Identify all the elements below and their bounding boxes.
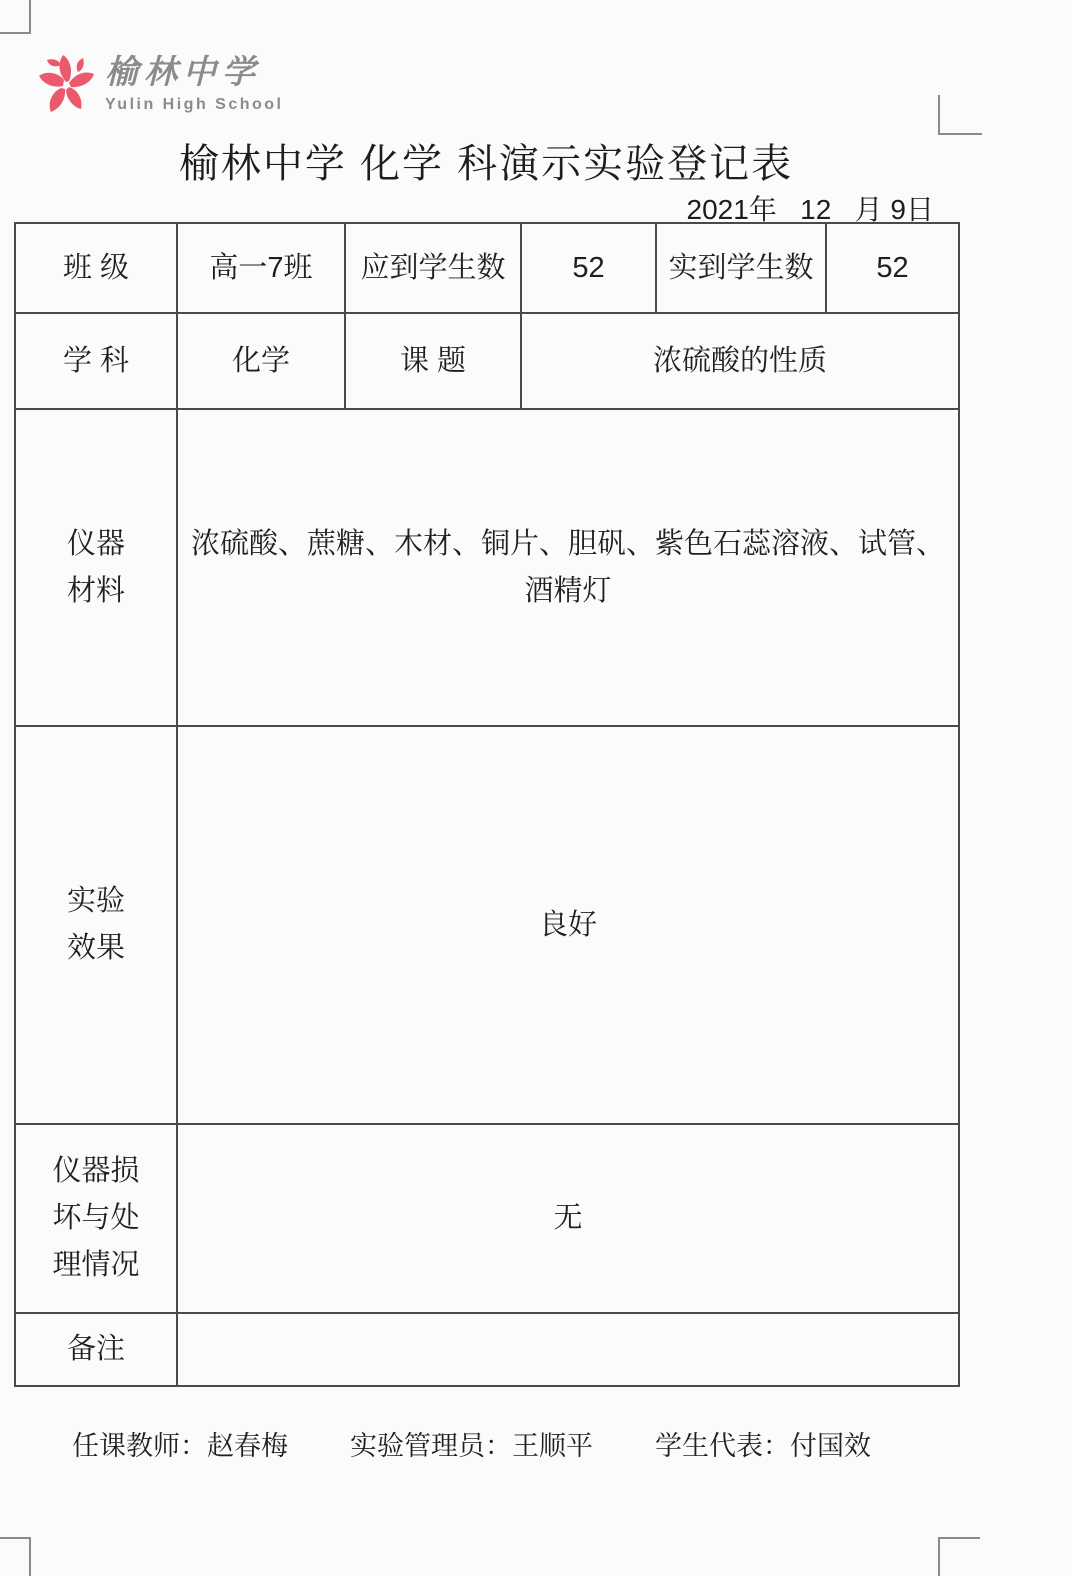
table-row: 班 级 高一7班 应到学生数 52 实到学生数 52 — [15, 223, 959, 313]
class-label-cell: 班 级 — [15, 223, 177, 313]
remarks-label-cell: 备注 — [15, 1313, 177, 1386]
teacher-signature: 任课教师：赵春梅 — [72, 1424, 288, 1463]
school-logo: 榆林中学 Yulin High School — [33, 52, 284, 120]
effect-label-cell: 实验 效果 — [15, 726, 177, 1124]
materials-value-cell: 浓硫酸、蔗糖、木材、铜片、胆矾、紫色石蕊溶液、试管、 酒精灯 — [177, 409, 959, 726]
scanned-form-page: 榆林中学 Yulin High School 榆林中学 化学 科演示实验登记表 … — [0, 0, 1072, 1576]
lab-manager-signature: 实验管理员：王顺平 — [350, 1424, 593, 1463]
experiment-registration-table: 班 级 高一7班 应到学生数 52 实到学生数 52 学 科 化学 课 题 浓硫… — [14, 222, 960, 1387]
table-row: 备注 — [15, 1313, 959, 1386]
expected-students-value-cell: 52 — [521, 223, 656, 313]
remarks-value-cell — [177, 1313, 959, 1386]
page-title: 榆林中学 化学 科演示实验登记表 — [14, 132, 958, 189]
crop-mark-bottom-left-icon — [0, 1537, 31, 1576]
topic-value-cell: 浓硫酸的性质 — [521, 313, 959, 409]
crop-mark-top-left-icon — [0, 0, 31, 34]
signature-line: 任课教师：赵春梅 实验管理员：王顺平 学生代表：付国效 — [72, 1424, 871, 1463]
table-row: 学 科 化学 课 题 浓硫酸的性质 — [15, 313, 959, 409]
materials-label-cell: 仪器 材料 — [15, 409, 177, 726]
actual-students-label-cell: 实到学生数 — [656, 223, 826, 313]
logo-school-name-en: Yulin High School — [105, 96, 284, 114]
crop-mark-bottom-right-icon — [938, 1537, 980, 1576]
student-representative-signature: 学生代表：付国效 — [655, 1424, 871, 1463]
table-row: 仪器损 坏与处 理情况 无 — [15, 1124, 959, 1313]
subject-value-cell: 化学 — [177, 313, 345, 409]
subject-label-cell: 学 科 — [15, 313, 177, 409]
table-row: 仪器 材料 浓硫酸、蔗糖、木材、铜片、胆矾、紫色石蕊溶液、试管、 酒精灯 — [15, 409, 959, 726]
expected-students-label-cell: 应到学生数 — [345, 223, 521, 313]
actual-students-value-cell: 52 — [826, 223, 959, 313]
class-value-cell: 高一7班 — [177, 223, 345, 313]
table-row: 实验 效果 良好 — [15, 726, 959, 1124]
effect-value-cell: 良好 — [177, 726, 959, 1124]
flower-pinwheel-icon — [33, 52, 97, 120]
damage-label-cell: 仪器损 坏与处 理情况 — [15, 1124, 177, 1313]
crop-mark-top-right-icon — [938, 95, 982, 135]
damage-value-cell: 无 — [177, 1124, 959, 1313]
topic-label-cell: 课 题 — [345, 313, 521, 409]
logo-school-name-cn: 榆林中学 — [105, 54, 284, 90]
